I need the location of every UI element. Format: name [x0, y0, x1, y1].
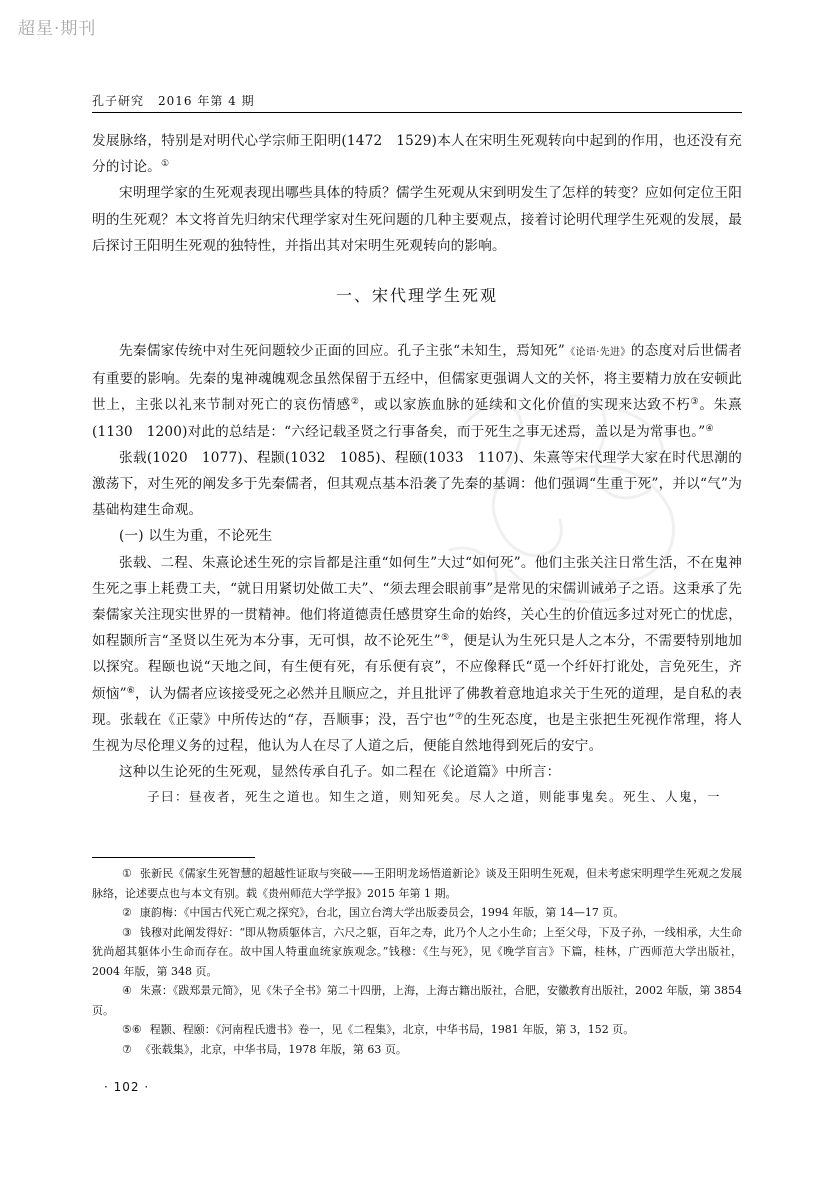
subsection-title: (一) 以生为重，不论死生: [92, 523, 742, 549]
paragraph-text: 发展脉络，特别是对明代心学宗师王阳明(1472 1529)本人在宋明生死观转向中…: [92, 133, 742, 175]
source-citation: 《论语·先进》: [565, 347, 631, 358]
article-body: 发展脉络，特别是对明代心学宗师王阳明(1472 1529)本人在宋明生死观转向中…: [92, 128, 742, 809]
page-number: · 102 ·: [104, 1080, 149, 1094]
footnote-mark: ⑤⑥: [122, 1023, 142, 1036]
section-title: 一、宋代理学生死观: [92, 284, 742, 308]
footnote-ref-1[interactable]: ①: [161, 159, 169, 169]
footnote-5-6: ⑤⑥程颢、程颐：《河南程氏遗书》卷一，见《二程集》，北京，中华书局，1981 年…: [92, 1020, 742, 1040]
footnote-mark: ③: [122, 926, 132, 939]
journal-name: 孔子研究: [92, 94, 144, 108]
footnote-1: ①张新民《儒家生死智慧的超越性证取与突破——王阳明龙场悟道新论》谈及王阳明生死观…: [92, 864, 742, 903]
footnote-text: 张新民《儒家生死智慧的超越性证取与突破——王阳明龙场悟道新论》谈及王阳明生死观，…: [92, 867, 742, 900]
paragraph-preqin: 先秦儒家传统中对生死问题较少正面的回应。孔子主张“未知生，焉知死”《论语·先进》…: [92, 338, 742, 445]
footnote-2: ②康韵梅：《中国古代死亡观之探究》，台北，国立台湾大学出版委员会，1994 年版…: [92, 903, 742, 923]
footnote-mark: ②: [122, 906, 132, 919]
footnote-rule: [92, 857, 255, 858]
footnote-text: 程颢、程颐：《河南程氏遗书》卷一，见《二程集》，北京，中华书局，1981 年版，…: [150, 1023, 634, 1036]
paragraph-intro-end: 发展脉络，特别是对明代心学宗师王阳明(1472 1529)本人在宋明生死观转向中…: [92, 128, 742, 180]
footnote-text: 钱穆对此阐发得好：“即从物质躯体言，六尺之躯，百年之寿，此乃个人之小生命；上至父…: [92, 926, 742, 978]
footnote-mark: ④: [122, 984, 132, 997]
footnote-ref-6[interactable]: ⑥: [127, 686, 135, 696]
footnote-mark: ⑦: [122, 1043, 132, 1056]
paragraph-zhangzai: 张载、二程、朱熹论述生死的宗旨都是注重“如何生”大过“如何死”。他们主张关注日常…: [92, 550, 742, 760]
footnote-ref-2[interactable]: ②: [351, 397, 360, 407]
brand-watermark-logo: 超星·期刊: [18, 14, 96, 39]
paragraph-lunli: 这种以生论死的生死观，显然传承自孔子。如二程在《论道篇》中所言：: [92, 759, 742, 785]
block-quote: 子曰：昼夜者，死生之道也。知生之道，则知死矣。尽人之道，则能事鬼矣。死生、人鬼，…: [92, 785, 742, 809]
footnote-3: ③钱穆对此阐发得好：“即从物质躯体言，六尺之躯，百年之寿，此乃个人之小生命；上至…: [92, 923, 742, 982]
footnote-text: 康韵梅：《中国古代死亡观之探究》，台北，国立台湾大学出版委员会，1994 年版，…: [140, 906, 624, 919]
footnote-text: 《张载集》，北京，中华书局，1978 年版，第 63 页。: [140, 1043, 407, 1056]
header-rule: [92, 112, 742, 113]
footnote-4: ④朱熹：《跋郑景元简》，见《朱子全书》第二十四册，上海，上海古籍出版社，合肥，安…: [92, 981, 742, 1020]
footnote-ref-4[interactable]: ④: [705, 424, 713, 434]
footnote-7: ⑦《张载集》，北京，中华书局，1978 年版，第 63 页。: [92, 1040, 742, 1060]
footnotes: ①张新民《儒家生死智慧的超越性证取与突破——王阳明龙场悟道新论》谈及王阳明生死观…: [92, 864, 742, 1059]
paragraph-text: ，或以家族血脉的延续和文化价值的实现来达致不朽: [360, 397, 691, 413]
running-head: 孔子研究2016 年第 4 期: [92, 92, 255, 109]
footnote-text: 朱熹：《跋郑景元简》，见《朱子全书》第二十四册，上海，上海古籍出版社，合肥，安徽…: [92, 984, 742, 1017]
paragraph-questions: 宋明理学家的生死观表现出哪些具体的特质？儒学生死观从宋到明发生了怎样的转变？应如…: [92, 180, 742, 259]
journal-issue: 2016 年第 4 期: [158, 94, 255, 108]
paragraph-text: 先秦儒家传统中对生死问题较少正面的回应。孔子主张“未知生，焉知死”: [119, 343, 565, 359]
footnote-mark: ①: [122, 867, 132, 880]
paragraph-song: 张载(1020 1077)、程颢(1032 1085)、程颐(1033 1107…: [92, 445, 742, 524]
